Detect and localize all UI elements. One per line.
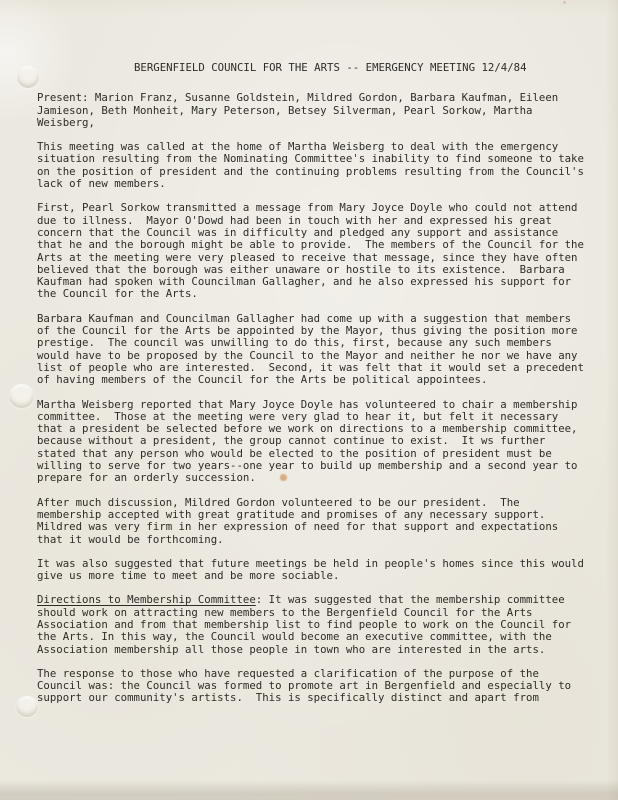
paragraph-present-list: Present: Marion Franz, Susanne Goldstein… [37,92,593,129]
ink-speck [563,1,566,4]
paragraph-sorkow-message: First, Pearl Sorkow transmitted a messag… [37,202,593,300]
paragraph-mayor-appointment-suggestion: Barbara Kaufman and Councilman Gallagher… [37,313,593,387]
paragraph-meeting-called: This meeting was called at the home of M… [37,141,593,190]
document-content: BERGENFIELD COUNCIL FOR THE ARTS -- EMER… [37,62,593,705]
paragraph-council-purpose: The response to those who have requested… [37,668,593,705]
punch-hole-bottom [16,696,38,717]
document-title: BERGENFIELD COUNCIL FOR THE ARTS -- EMER… [37,62,593,74]
paragraph-future-meetings: It was also suggested that future meetin… [37,558,593,583]
paragraph-president-volunteer: After much discussion, Mildred Gordon vo… [37,497,593,546]
scanned-document-page: BERGENFIELD COUNCIL FOR THE ARTS -- EMER… [0,0,618,800]
punch-hole-middle [9,384,34,408]
paragraph-membership-chair-report: Martha Weisberg reported that Mary Joyce… [37,399,593,485]
punch-hole-top [17,66,39,88]
paragraph-directions-to-membership-committee: Directions to Membership Committee: It w… [37,594,593,655]
directions-heading: Directions to Membership Committee [37,593,256,606]
